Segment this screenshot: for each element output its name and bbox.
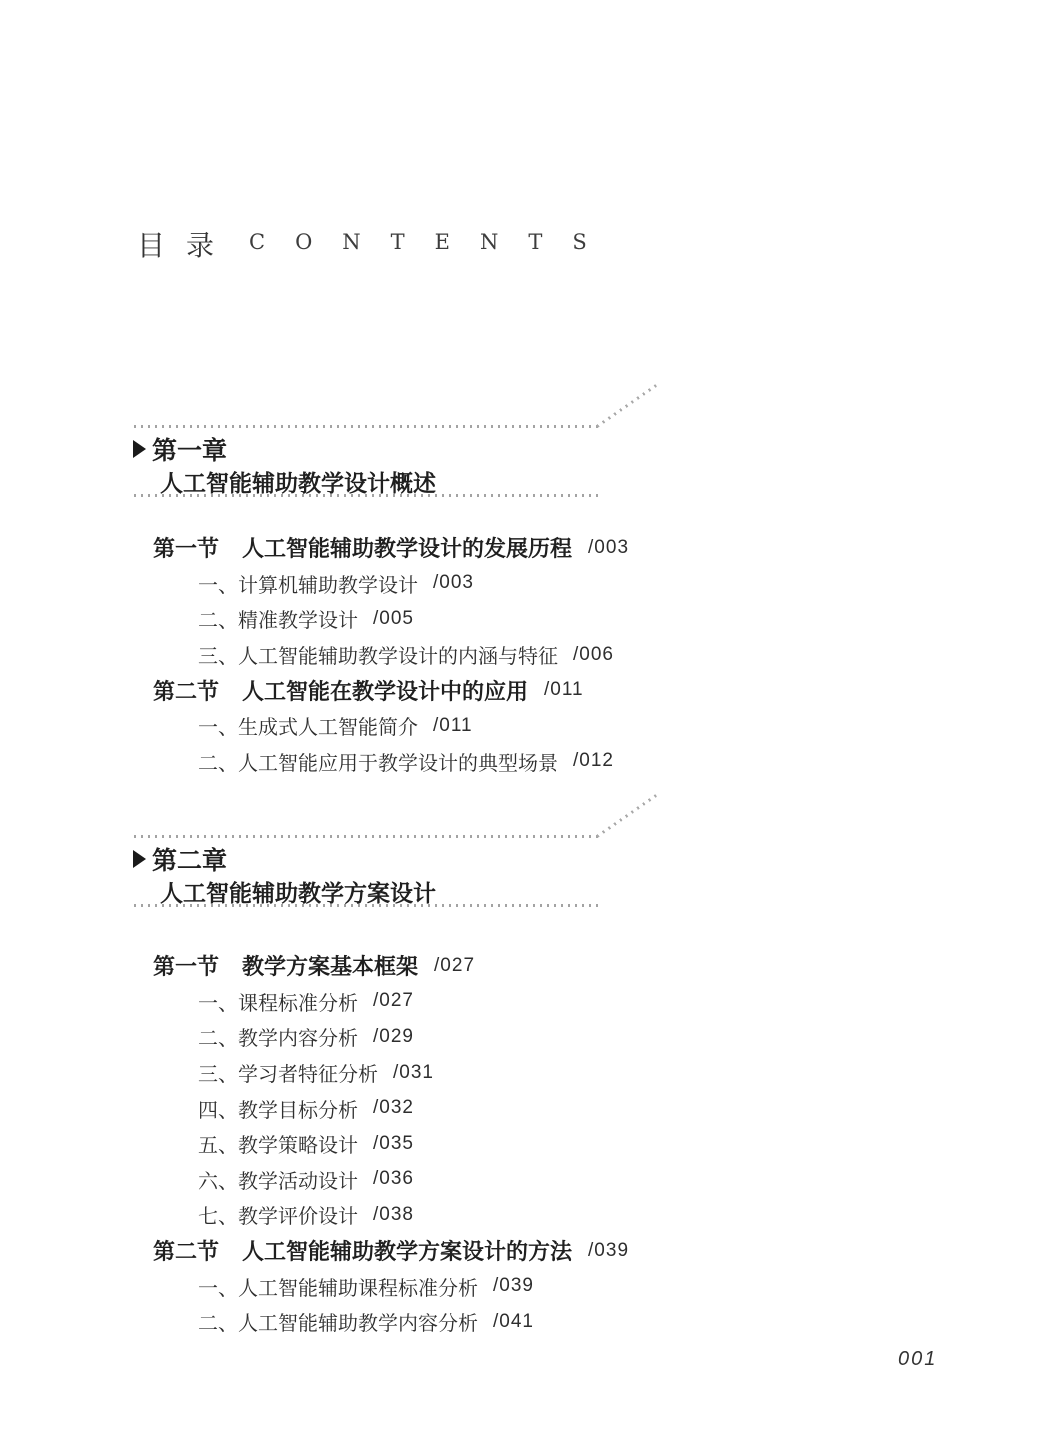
entry-label: 第二节 [153, 1235, 219, 1266]
diagonal-dotted-line [596, 794, 658, 838]
entry-page: /005 [373, 608, 414, 630]
entry-page: /039 [588, 1240, 629, 1262]
toc-item-row: 三、人工智能辅助教学设计的内涵与特征 /006 [0, 637, 1040, 673]
entry-page: /027 [373, 990, 414, 1012]
entry-title: 二、人工智能应用于教学设计的典型场景 [198, 747, 558, 776]
entry-page: /041 [493, 1311, 534, 1333]
entry-page: /036 [373, 1168, 414, 1190]
toc-item-row: 一、计算机辅助教学设计 /003 [0, 566, 1040, 602]
toc-item-row: 五、教学策略设计 /035 [0, 1126, 1040, 1162]
dotted-line-bottom [134, 904, 600, 907]
toc-section-row: 第一节 教学方案基本框架 /027 [0, 948, 1040, 984]
chapter-2-number-row: 第二章 [133, 845, 227, 873]
toc-item-row: 七、教学评价设计 /038 [0, 1197, 1040, 1233]
entry-title: 五、教学策略设计 [198, 1129, 358, 1158]
dotted-line-top [134, 835, 600, 838]
entry-label: 第二节 [153, 675, 219, 706]
entry-title: 一、生成式人工智能简介 [198, 711, 418, 740]
toc-item-row: 一、生成式人工智能简介 /011 [0, 708, 1040, 744]
entry-title: 一、课程标准分析 [198, 987, 358, 1016]
toc-title-cn: 目录 [137, 224, 235, 264]
toc-item-row: 二、人工智能辅助教学内容分析 /041 [0, 1304, 1040, 1340]
toc-section-row: 第一节 人工智能辅助教学设计的发展历程 /003 [0, 530, 1040, 566]
entry-title: 一、计算机辅助教学设计 [198, 569, 418, 598]
entry-title: 一、人工智能辅助课程标准分析 [198, 1272, 478, 1301]
entry-page: /011 [544, 679, 584, 701]
chapter-1-block: 第一章 人工智能辅助教学设计概述 [134, 425, 600, 496]
entry-page: /027 [434, 955, 475, 977]
chapter-2-entries: 第一节 教学方案基本框架 /027 一、课程标准分析 /027 二、教学内容分析… [0, 948, 1040, 1340]
chapter-marker-icon [133, 440, 146, 458]
toc-section-row: 第二节 人工智能辅助教学方案设计的方法 /039 [0, 1233, 1040, 1269]
entry-title: 三、人工智能辅助教学设计的内涵与特征 [198, 640, 558, 669]
chapter-2-block: 第二章 人工智能辅助教学方案设计 [134, 835, 600, 906]
entry-title: 七、教学评价设计 [198, 1200, 358, 1229]
entry-page: /029 [373, 1026, 414, 1048]
entry-title: 六、教学活动设计 [198, 1165, 358, 1194]
toc-section-row: 第二节 人工智能在教学设计中的应用 /011 [0, 672, 1040, 708]
toc-header: 目录 CONTENTS [0, 0, 1040, 80]
toc-item-row: 一、人工智能辅助课程标准分析 /039 [0, 1268, 1040, 1304]
entry-page: /003 [433, 572, 474, 594]
entry-label: 第一节 [153, 950, 219, 981]
entry-title: 三、学习者特征分析 [198, 1058, 378, 1087]
toc-item-row: 二、人工智能应用于教学设计的典型场景 /012 [0, 744, 1040, 780]
entry-page: /039 [493, 1275, 534, 1297]
entry-title: 二、人工智能辅助教学内容分析 [198, 1307, 478, 1336]
entry-page: /003 [588, 537, 629, 559]
dotted-line-bottom [134, 494, 600, 497]
toc-item-row: 二、教学内容分析 /029 [0, 1019, 1040, 1055]
dotted-line-top [134, 425, 600, 428]
entry-page: /012 [573, 750, 614, 772]
entry-page: /031 [393, 1062, 434, 1084]
entry-title: 教学方案基本框架 [242, 950, 418, 981]
entry-page: /038 [373, 1204, 414, 1226]
diagonal-dotted-line [596, 384, 658, 428]
chapter-1-number-row: 第一章 [133, 435, 227, 463]
entry-title: 人工智能辅助教学设计的发展历程 [242, 532, 572, 563]
entry-title: 二、教学内容分析 [198, 1022, 358, 1051]
page-number: 001 [898, 1348, 937, 1371]
toc-page: 目录 CONTENTS 第一章 人工智能辅助教学设计概述 第一节 人工智能辅助教… [0, 0, 1040, 1453]
toc-item-row: 四、教学目标分析 /032 [0, 1090, 1040, 1126]
chapter-1-entries: 第一节 人工智能辅助教学设计的发展历程 /003 一、计算机辅助教学设计 /00… [0, 530, 1040, 779]
toc-item-row: 一、课程标准分析 /027 [0, 984, 1040, 1020]
toc-title-en: CONTENTS [249, 230, 617, 254]
toc-item-row: 二、精准教学设计 /005 [0, 601, 1040, 637]
entry-page: /032 [373, 1097, 414, 1119]
toc-item-row: 六、教学活动设计 /036 [0, 1162, 1040, 1198]
entry-title: 二、精准教学设计 [198, 604, 358, 633]
entry-page: /006 [573, 644, 614, 666]
chapter-number: 第二章 [152, 841, 227, 877]
entry-page: /011 [433, 715, 473, 737]
toc-item-row: 三、学习者特征分析 /031 [0, 1055, 1040, 1091]
entry-label: 第一节 [153, 532, 219, 563]
entry-title: 人工智能辅助教学方案设计的方法 [242, 1235, 572, 1266]
entry-title: 四、教学目标分析 [198, 1094, 358, 1123]
chapter-marker-icon [133, 850, 146, 868]
entry-page: /035 [373, 1133, 414, 1155]
entry-title: 人工智能在教学设计中的应用 [242, 675, 528, 706]
chapter-number: 第一章 [152, 431, 227, 467]
